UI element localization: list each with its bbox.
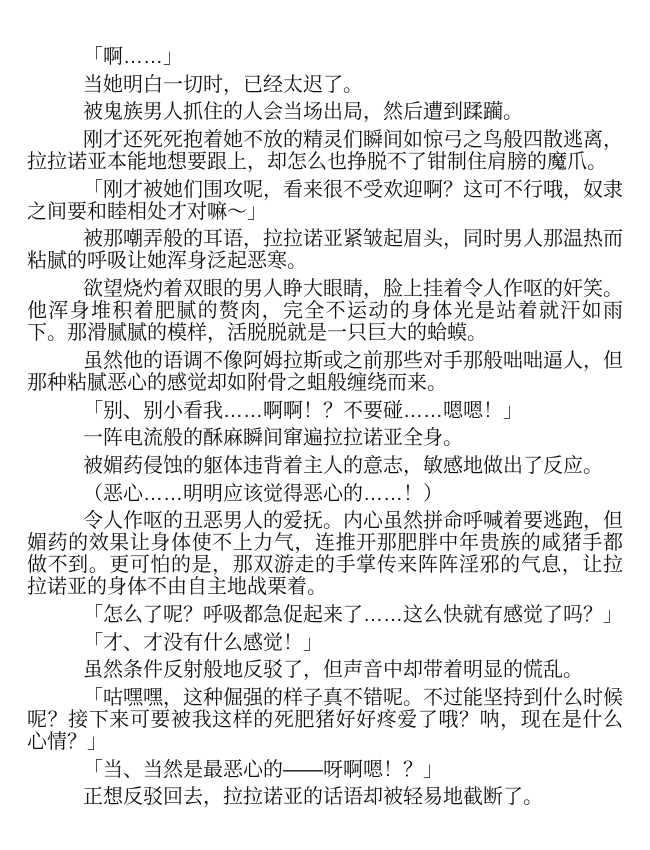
paragraph: 被鬼族男人抓住的人会当场出局，然后遭到蹂躏。 bbox=[27, 101, 623, 123]
paragraph: 「才、才没有什么感觉！」 bbox=[27, 632, 623, 654]
paragraph: 被媚药侵蚀的躯体违背着主人的意志，敏感地做出了反应。 bbox=[27, 455, 623, 477]
paragraph: 「咕嘿嘿，这种倔强的样子真不错呢。不过能坚持到什么时候呢？接下来可要被我这样的死… bbox=[27, 687, 623, 753]
paragraph: 虽然条件反射般地反驳了，但声音中却带着明显的慌乱。 bbox=[27, 659, 623, 681]
paragraph: 「怎么了呢？呼吸都急促起来了……这么快就有感觉了吗？」 bbox=[27, 604, 623, 626]
paragraph: 令人作呕的丑恶男人的爱抚。内心虽然拼命呼喊着要逃跑，但媚药的效果让身体使不上力气… bbox=[27, 510, 623, 598]
paragraph: 「啊……」 bbox=[27, 46, 623, 68]
novel-text-body: 「啊……」当她明白一切时，已经太迟了。被鬼族男人抓住的人会当场出局，然后遭到蹂躏… bbox=[27, 46, 623, 814]
paragraph: 刚才还死死抱着她不放的精灵们瞬间如惊弓之鸟般四散逃离，拉拉诺亚本能地想要跟上，却… bbox=[27, 129, 623, 173]
paragraph: 当她明白一切时，已经太迟了。 bbox=[27, 74, 623, 96]
novel-page: 「啊……」当她明白一切时，已经太迟了。被鬼族男人抓住的人会当场出局，然后遭到蹂躏… bbox=[0, 0, 650, 850]
paragraph: 一阵电流般的酥麻瞬间窜遍拉拉诺亚全身。 bbox=[27, 427, 623, 449]
paragraph: 虽然他的语调不像阿姆拉斯或之前那些对手那般咄咄逼人，但那种粘腻恶心的感觉却如附骨… bbox=[27, 350, 623, 394]
paragraph: 「刚才被她们围攻呢，看来很不受欢迎啊？这可不行哦，奴隶之间要和睦相处才对嘛～」 bbox=[27, 179, 623, 223]
paragraph: （恶心……明明应该觉得恶心的……！） bbox=[27, 483, 623, 505]
paragraph: 「当、当然是最恶心的——呀啊嗯！？」 bbox=[27, 759, 623, 781]
paragraph: 欲望烧灼着双眼的男人睁大眼睛，脸上挂着令人作呕的奸笑。他浑身堆积着肥腻的赘肉，完… bbox=[27, 278, 623, 344]
paragraph: 「别、别小看我……啊啊！？不要碰……嗯嗯！」 bbox=[27, 400, 623, 422]
paragraph: 被那嘲弄般的耳语，拉拉诺亚紧皱起眉头，同时男人那温热而粘腻的呼吸让她浑身泛起恶寒… bbox=[27, 228, 623, 272]
paragraph: 正想反驳回去，拉拉诺亚的话语却被轻易地截断了。 bbox=[27, 786, 623, 808]
